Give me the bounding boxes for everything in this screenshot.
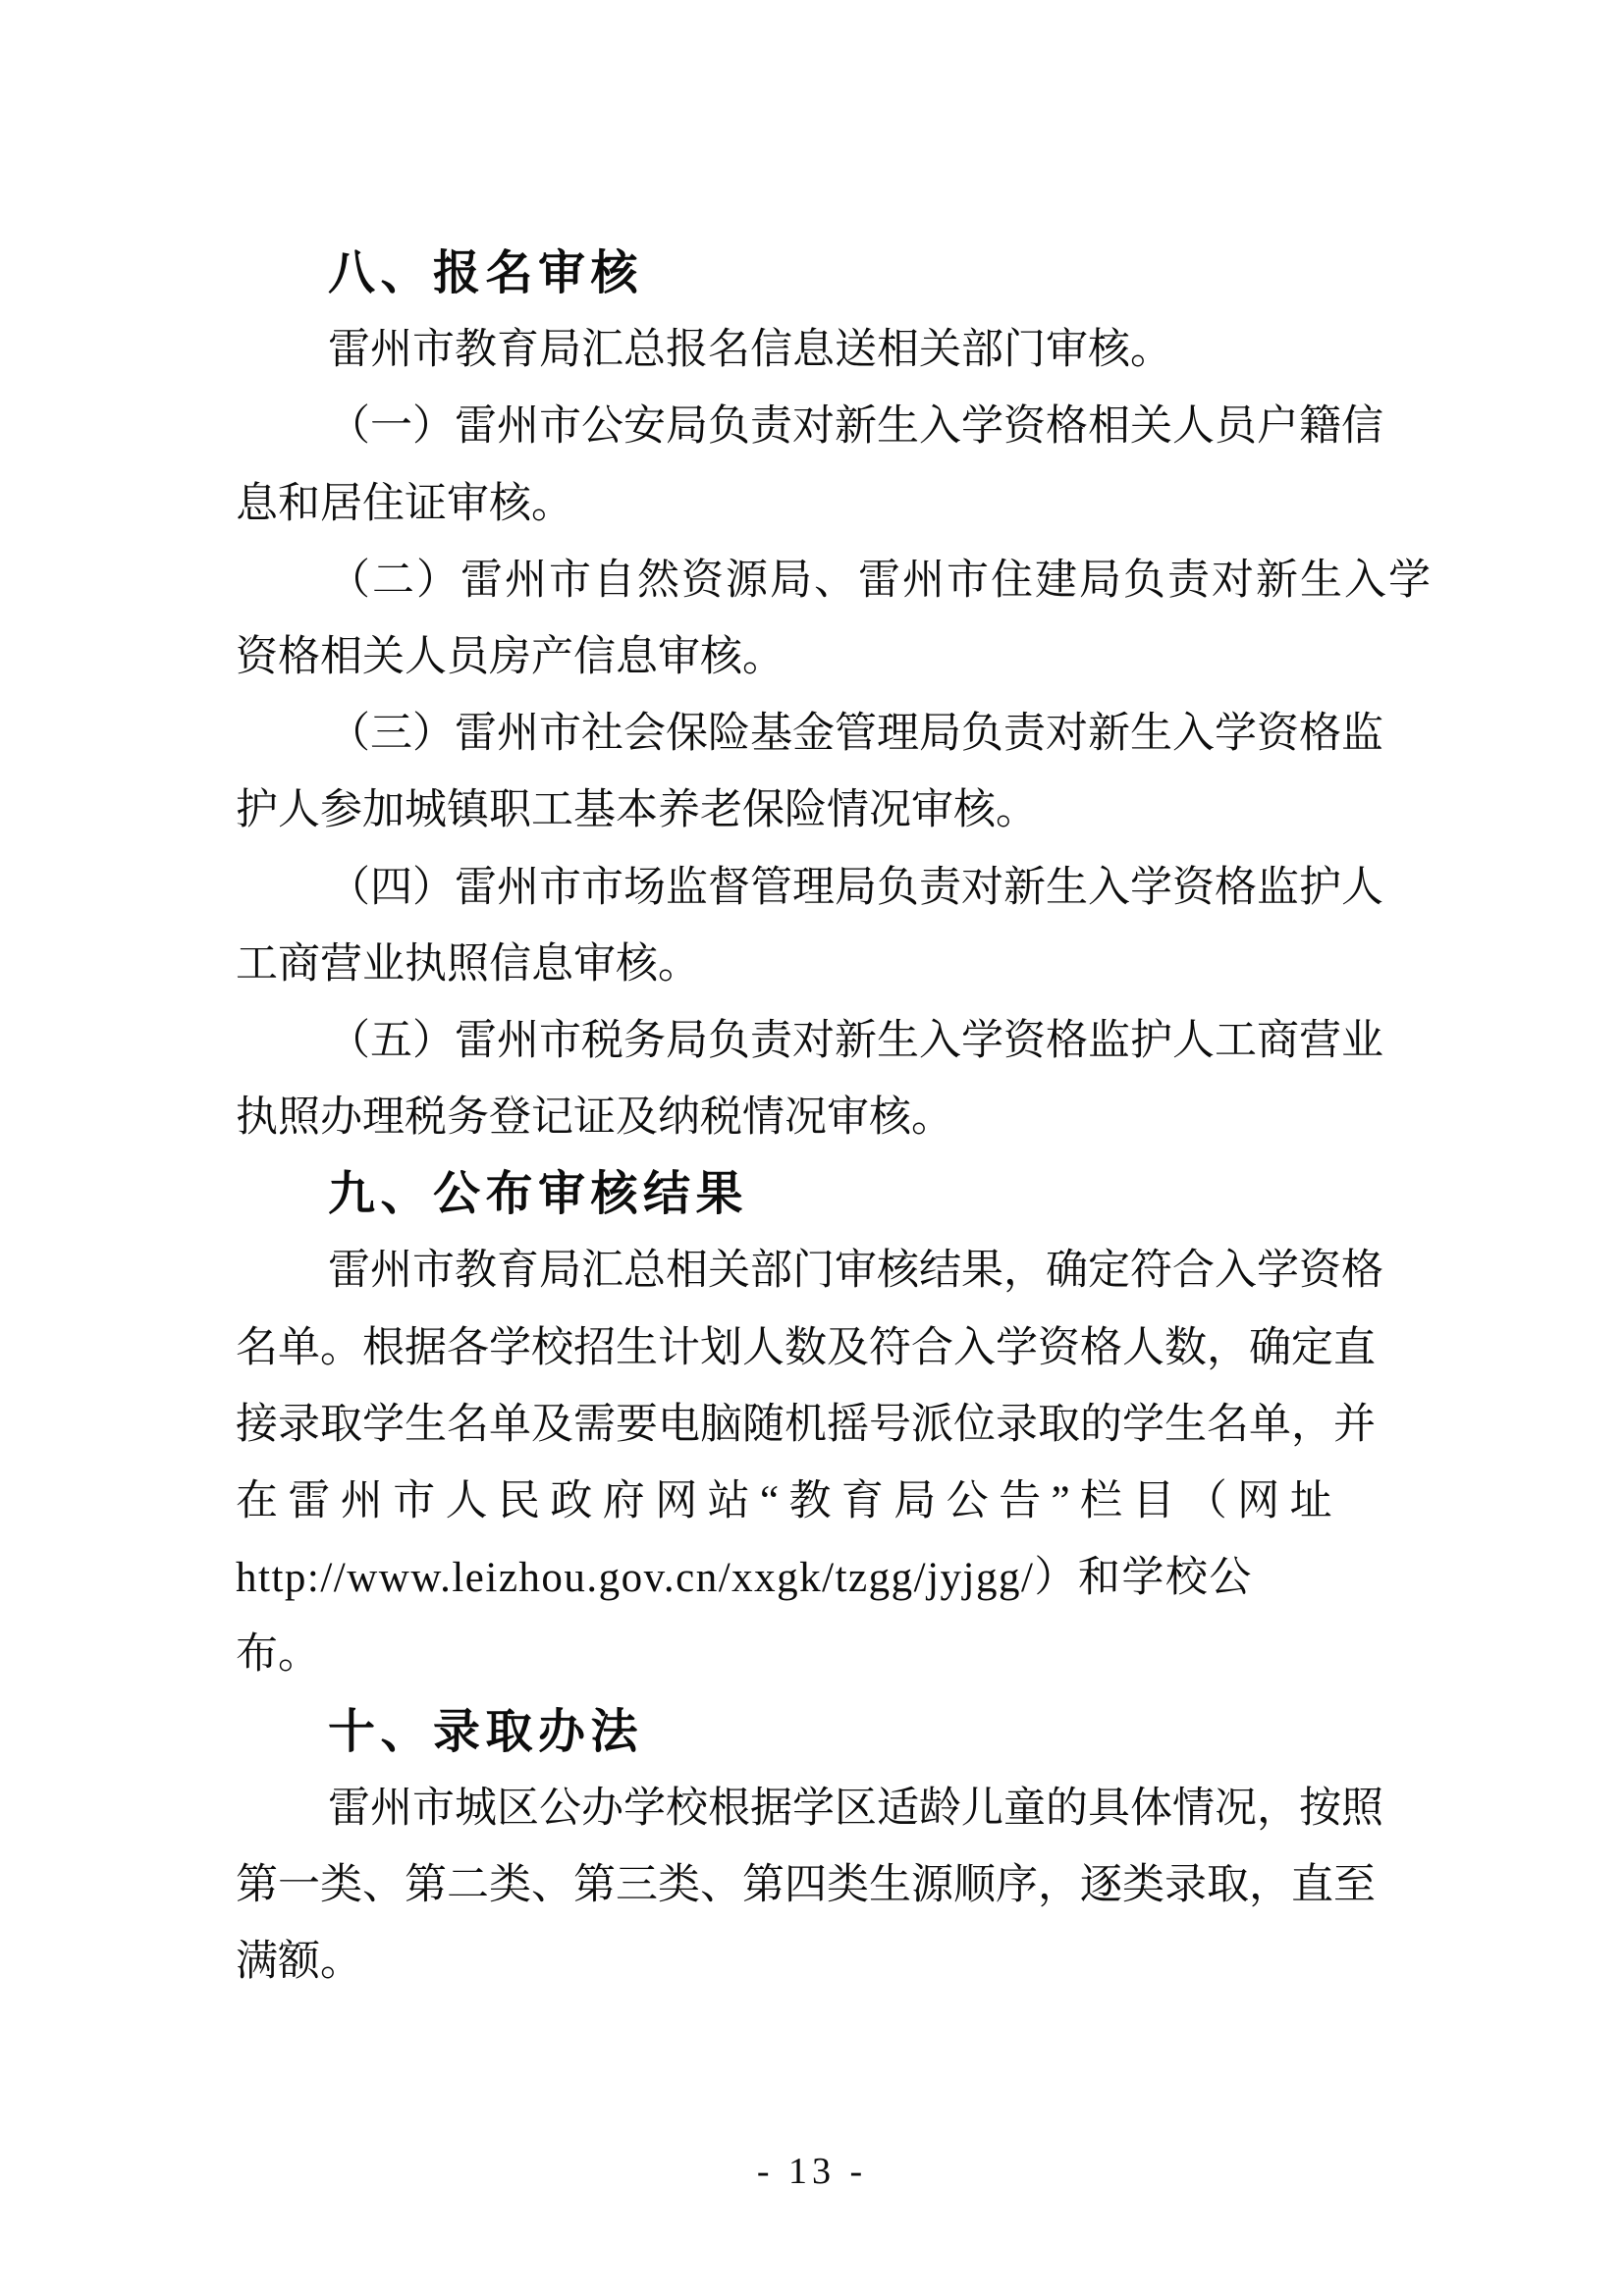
- text-line: 护人参加城镇职工基本养老保险情况审核。: [236, 773, 1389, 849]
- text-line: 名单。根据各学校招生计划人数及符合入学资格人数，确定直: [236, 1310, 1389, 1387]
- text-line: （五）雷州市税务局负责对新生入学资格监护人工商营业: [236, 1003, 1389, 1080]
- text-line: （一）雷州市公安局负责对新生入学资格相关人员户籍信: [236, 389, 1389, 465]
- page-number: - 13 -: [0, 2150, 1624, 2193]
- text-line: 在雷州市人民政府网站“教育局公告”栏目（网址: [236, 1464, 1389, 1540]
- text-line: 执照办理税务登记证及纳税情况审核。: [236, 1080, 1389, 1156]
- text-line: 雷州市城区公办学校根据学区适龄儿童的具体情况，按照: [236, 1771, 1389, 1847]
- document-page: 八、报名审核 雷州市教育局汇总报名信息送相关部门审核。 （一）雷州市公安局负责对…: [0, 0, 1624, 2296]
- section-heading-10: 十、录取办法: [236, 1694, 1389, 1771]
- url-text-line: http://www.leizhou.gov.cn/xxgk/tzgg/jyjg…: [236, 1540, 1389, 1617]
- text-line: 雷州市教育局汇总报名信息送相关部门审核。: [236, 312, 1389, 389]
- text-line: 雷州市教育局汇总相关部门审核结果，确定符合入学资格: [236, 1233, 1389, 1309]
- text-line: （四）雷州市市场监督管理局负责对新生入学资格监护人: [236, 850, 1389, 927]
- text-line: 第一类、第二类、第三类、第四类生源顺序，逐类录取，直至: [236, 1847, 1389, 1924]
- text-line: 布。: [236, 1617, 1389, 1693]
- text-line: 息和居住证审核。: [236, 466, 1389, 543]
- text-line: （三）雷州市社会保险基金管理局负责对新生入学资格监: [236, 696, 1389, 773]
- section-heading-8: 八、报名审核: [236, 236, 1389, 312]
- text-line: 满额。: [236, 1924, 1389, 2001]
- document-body: 八、报名审核 雷州市教育局汇总报名信息送相关部门审核。 （一）雷州市公安局负责对…: [236, 236, 1389, 2001]
- text-line: 接录取学生名单及需要电脑随机摇号派位录取的学生名单，并: [236, 1387, 1389, 1464]
- text-line: 资格相关人员房产信息审核。: [236, 619, 1389, 696]
- text-line: 工商营业执照信息审核。: [236, 927, 1389, 1003]
- section-heading-9: 九、公布审核结果: [236, 1156, 1389, 1233]
- text-line: （二）雷州市自然资源局、雷州市住建局负责对新生入学: [236, 543, 1389, 619]
